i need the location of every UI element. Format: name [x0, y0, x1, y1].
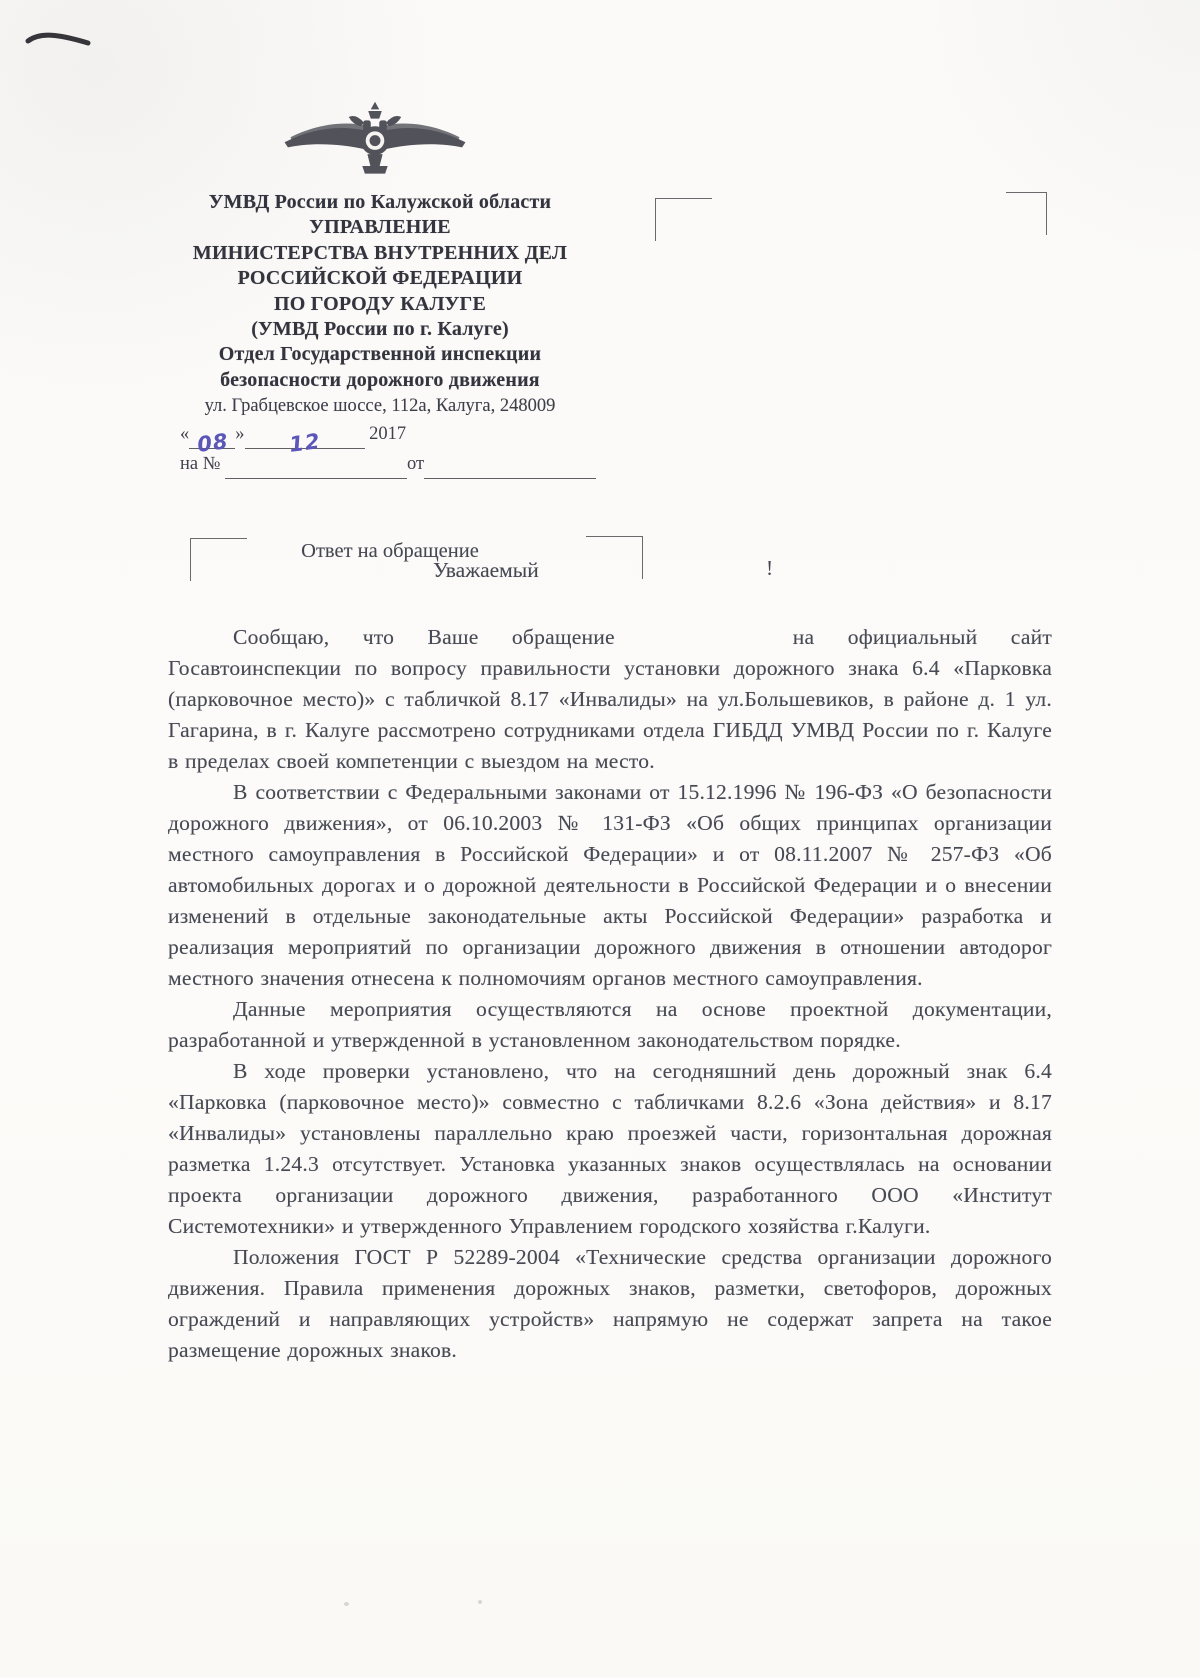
date-open-quote: « [180, 424, 189, 444]
scanner-stroke-mark-icon [24, 26, 100, 54]
paragraph-project-docs: Данные мероприятия осуществляются на осн… [168, 994, 1052, 1056]
scan-speck [344, 1602, 349, 1606]
paragraph-inspection-findings: В ходе проверки установлено, что на сего… [168, 1056, 1052, 1242]
org-name-line: УПРАВЛЕНИЕ [140, 215, 620, 240]
salutation-text: Уважаемый [433, 558, 539, 583]
department-line: Отдел Государственной инспекции [140, 342, 620, 367]
org-short-name-line: (УМВД России по г. Калуге) [140, 317, 620, 342]
letter-body: Сообщаю, что Ваше обращениена официальны… [168, 622, 1052, 1366]
org-name-line: ПО ГОРОДУ КАЛУГЕ [140, 292, 620, 317]
paragraph-intro: Сообщаю, что Ваше обращениена официальны… [168, 622, 1052, 777]
date-year: 2017 [369, 424, 406, 444]
paragraph-intro-lead: Сообщаю, что Ваше обращение [233, 625, 615, 649]
date-month-blank: 12 [245, 426, 365, 449]
ref-number-blank [225, 456, 407, 479]
ref-date-blank [424, 456, 596, 479]
addressee-corner-mark-right [1006, 192, 1047, 235]
org-name-line: УМВД России по Калужской области [140, 190, 620, 215]
paragraph-federal-laws: В соответствии с Федеральными законами о… [168, 777, 1052, 994]
date-day-blank: 08 [189, 426, 235, 449]
subject-corner-mark-right [586, 536, 643, 579]
mvd-double-headed-eagle-icon [282, 98, 468, 190]
reference-line: на № от [180, 449, 620, 479]
addressee-corner-mark-left [655, 198, 712, 241]
org-address: ул. Грабцевское шоссе, 112а, Калуга, 248… [140, 393, 620, 419]
redacted-name-gap [615, 643, 793, 644]
date-line: «08»12 2017 [180, 419, 620, 449]
salutation-exclamation: ! [766, 556, 773, 581]
ref-ot-label: от [407, 454, 424, 474]
handwritten-day: 08 [195, 426, 230, 460]
org-name-line: РОССИЙСКОЙ ФЕДЕРАЦИИ [140, 266, 620, 291]
paragraph-gost-provisions: Положения ГОСТ Р 52289-2004 «Технические… [168, 1242, 1052, 1366]
letterhead: УМВД России по Калужской области УПРАВЛЕ… [140, 190, 620, 479]
handwritten-month: 12 [287, 426, 322, 460]
scanned-letter-page: УМВД России по Калужской области УПРАВЛЕ… [0, 0, 1200, 1678]
org-name-line: МИНИСТЕРСТВА ВНУТРЕННИХ ДЕЛ [140, 241, 620, 266]
scan-speck [478, 1600, 482, 1604]
department-line: безопасности дорожного движения [140, 368, 620, 393]
date-close-quote: » [235, 424, 244, 444]
